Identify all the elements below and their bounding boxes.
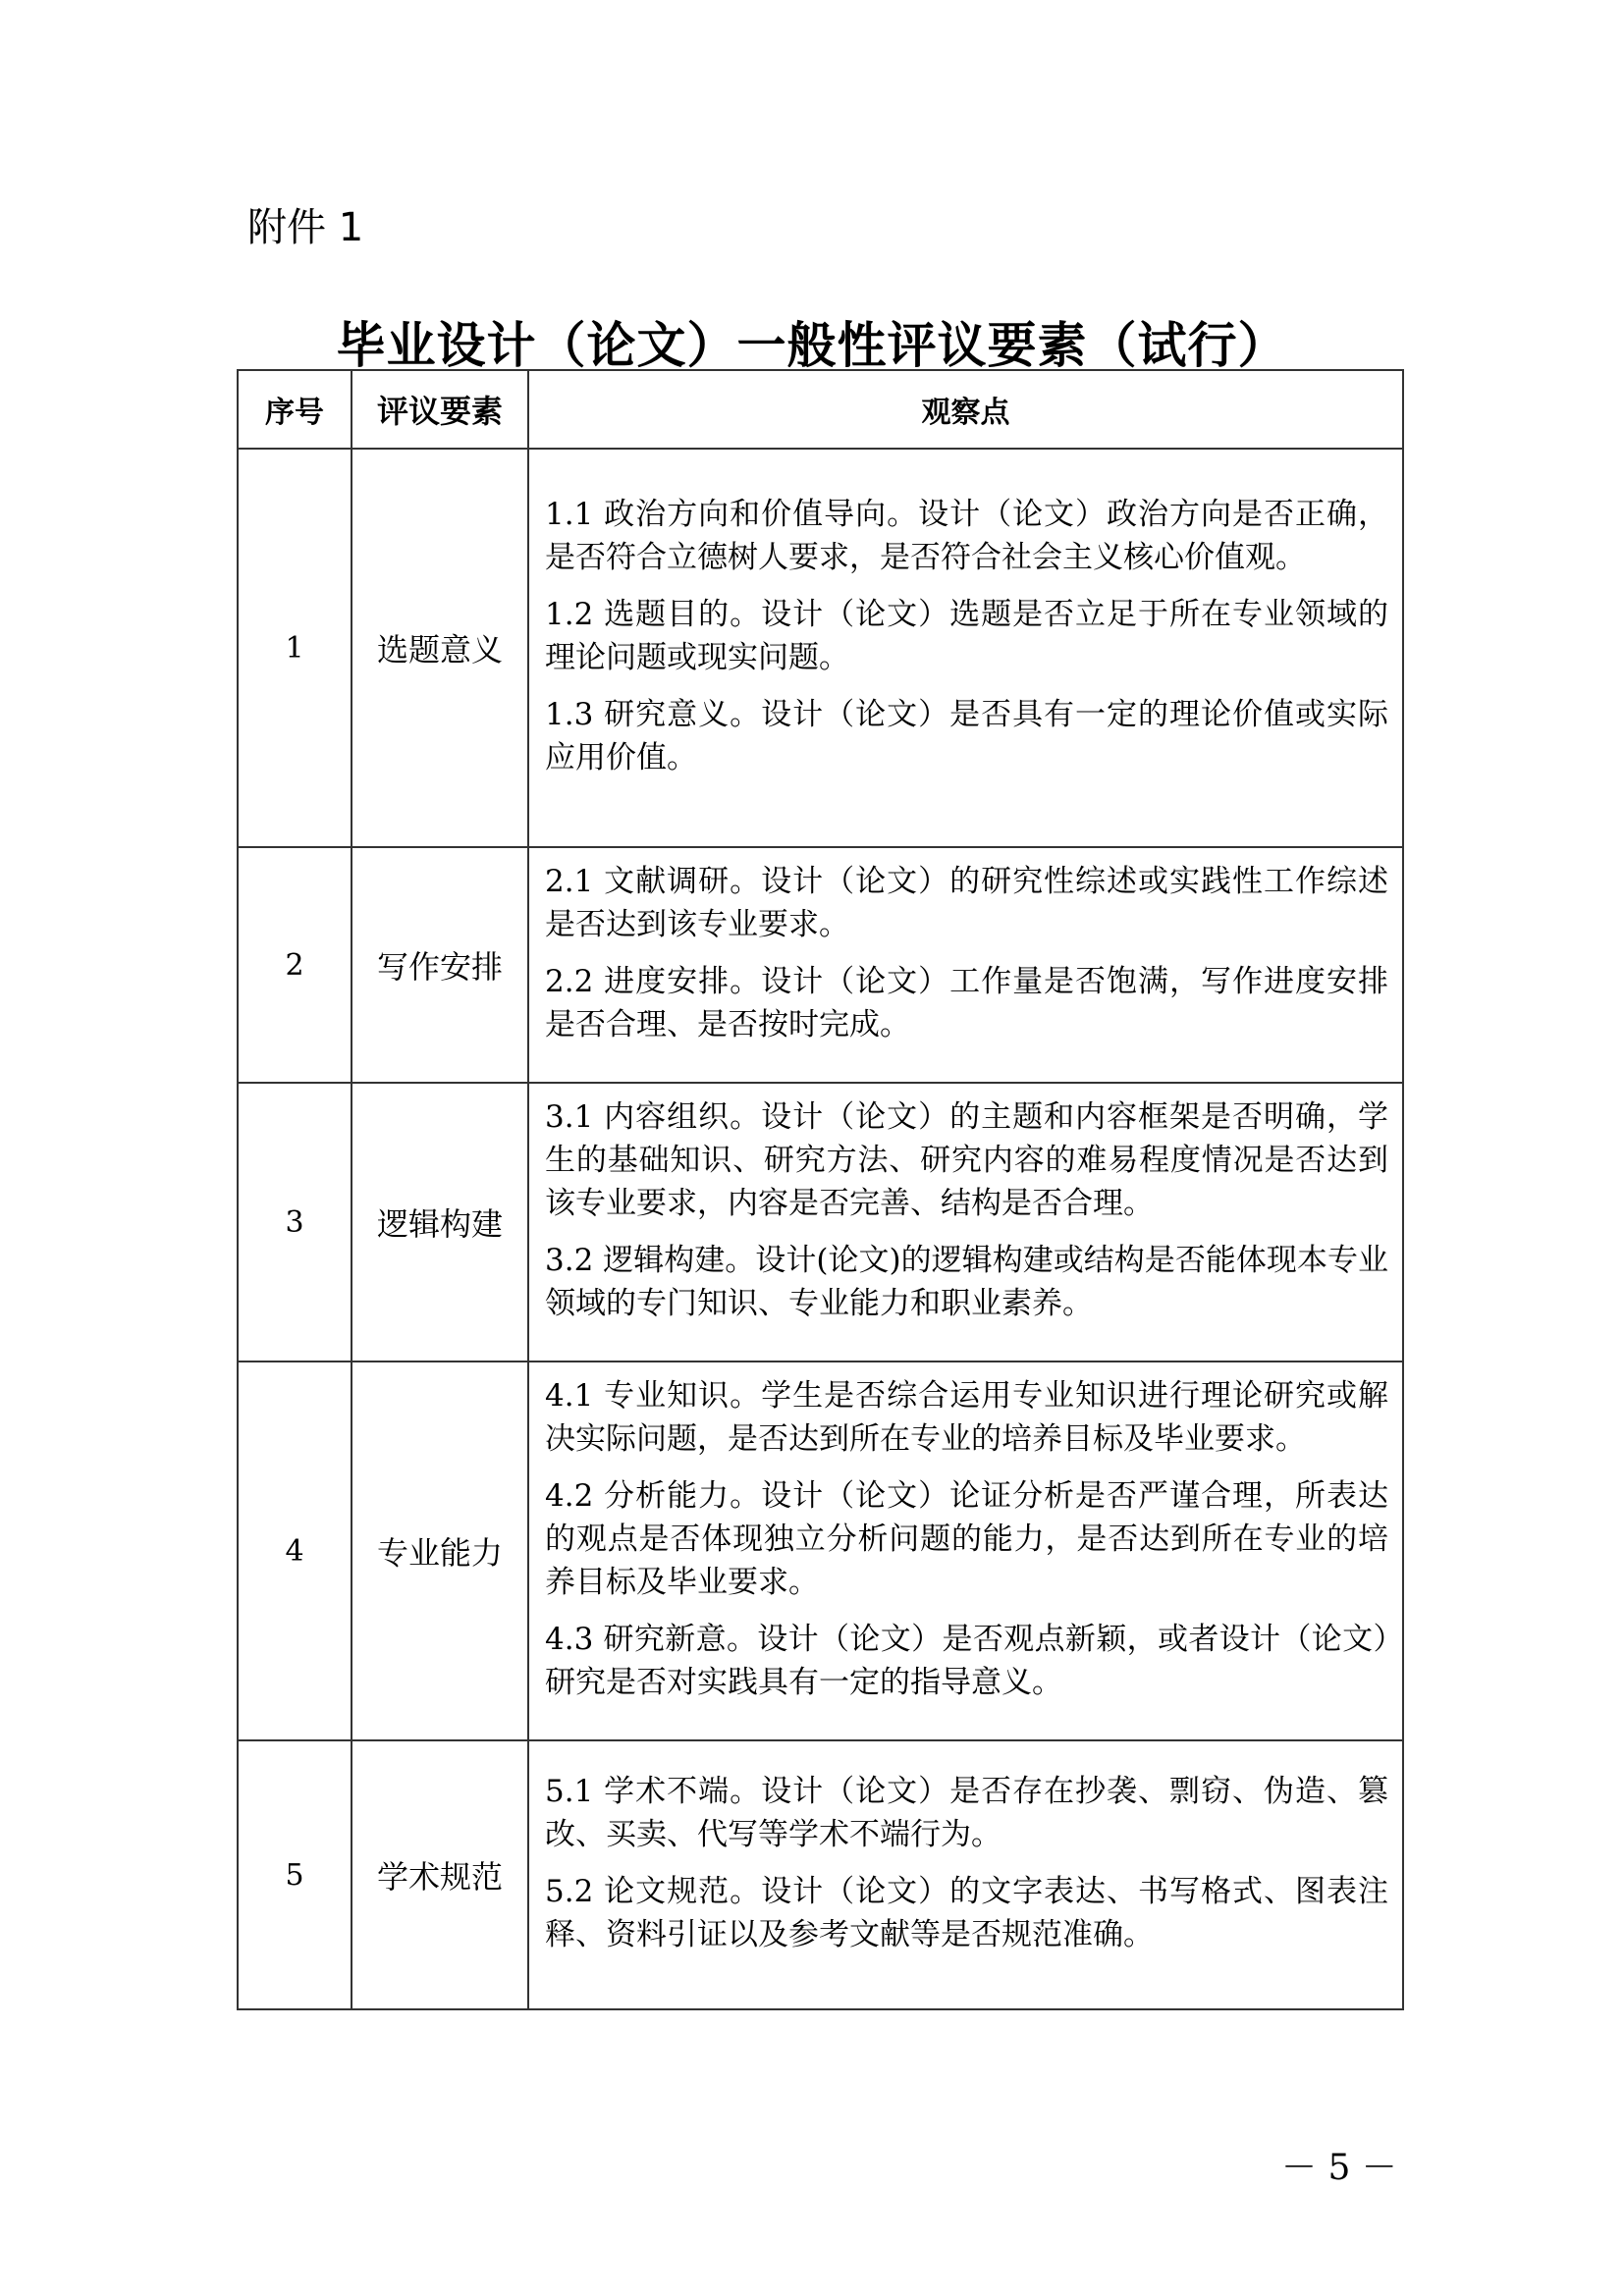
point: 1.1 政治方向和价值导向。设计（论文）政治方向是否正确，是否符合立德树人要求，… [545,493,1388,579]
table-row: 4 专业能力 4.1 专业知识。学生是否综合运用专业知识进行理论研究或解决实际问… [238,1362,1403,1740]
row-no: 3 [238,1083,352,1362]
row-no: 1 [238,449,352,847]
row-points: 1.1 政治方向和价值导向。设计（论文）政治方向是否正确，是否符合立德树人要求，… [528,449,1403,847]
point: 2.1 文献调研。设计（论文）的研究性综述或实践性工作综述是否达到该专业要求。 [545,860,1388,946]
point: 3.2 逻辑构建。设计(论文)的逻辑构建或结构是否能体现本专业领域的专门知识、专… [545,1239,1388,1325]
point: 4.1 专业知识。学生是否综合运用专业知识进行理论研究或解决实际问题，是否达到所… [545,1374,1388,1461]
row-element: 选题意义 [352,449,528,847]
point: 3.1 内容组织。设计（论文）的主题和内容框架是否明确，学生的基础知识、研究方法… [545,1095,1388,1225]
table-header-row: 序号 评议要素 观察点 [238,370,1403,449]
row-points: 5.1 学术不端。设计（论文）是否存在抄袭、剽窃、伪造、篡改、买卖、代写等学术不… [528,1740,1403,2009]
row-points: 2.1 文献调研。设计（论文）的研究性综述或实践性工作综述是否达到该专业要求。 … [528,847,1403,1083]
point: 5.1 学术不端。设计（论文）是否存在抄袭、剽窃、伪造、篡改、买卖、代写等学术不… [545,1770,1388,1856]
point: 5.2 论文规范。设计（论文）的文字表达、书写格式、图表注释、资料引证以及参考文… [545,1870,1388,1956]
header-element: 评议要素 [352,370,528,449]
row-points: 4.1 专业知识。学生是否综合运用专业知识进行理论研究或解决实际问题，是否达到所… [528,1362,1403,1740]
row-no: 4 [238,1362,352,1740]
point: 2.2 进度安排。设计（论文）工作量是否饱满，写作进度安排是否合理、是否按时完成… [545,960,1388,1046]
page-title: 毕业设计（论文）一般性评议要素（试行） [0,306,1624,377]
row-points: 3.1 内容组织。设计（论文）的主题和内容框架是否明确，学生的基础知识、研究方法… [528,1083,1403,1362]
point: 1.2 选题目的。设计（论文）选题是否立足于所在专业领域的理论问题或现实问题。 [545,593,1388,679]
row-element: 写作安排 [352,847,528,1083]
table-row: 3 逻辑构建 3.1 内容组织。设计（论文）的主题和内容框架是否明确，学生的基础… [238,1083,1403,1362]
page-number: － 5 － [1281,2140,1397,2190]
row-element: 逻辑构建 [352,1083,528,1362]
row-element: 学术规范 [352,1740,528,2009]
table-row: 1 选题意义 1.1 政治方向和价值导向。设计（论文）政治方向是否正确，是否符合… [238,449,1403,847]
point: 1.3 研究意义。设计（论文）是否具有一定的理论价值或实际应用价值。 [545,693,1388,779]
row-no: 2 [238,847,352,1083]
point: 4.3 研究新意。设计（论文）是否观点新颖，或者设计（论文）研究是否对实践具有一… [545,1618,1388,1704]
table-row: 5 学术规范 5.1 学术不端。设计（论文）是否存在抄袭、剽窃、伪造、篡改、买卖… [238,1740,1403,2009]
header-points: 观察点 [528,370,1403,449]
attachment-label: 附件 1 [247,196,363,252]
table-row: 2 写作安排 2.1 文献调研。设计（论文）的研究性综述或实践性工作综述是否达到… [238,847,1403,1083]
point: 4.2 分析能力。设计（论文）论证分析是否严谨合理，所表达的观点是否体现独立分析… [545,1474,1388,1604]
evaluation-table: 序号 评议要素 观察点 1 选题意义 1.1 政治方向和价值导向。设计（论文）政… [237,369,1404,2010]
header-no: 序号 [238,370,352,449]
row-no: 5 [238,1740,352,2009]
row-element: 专业能力 [352,1362,528,1740]
